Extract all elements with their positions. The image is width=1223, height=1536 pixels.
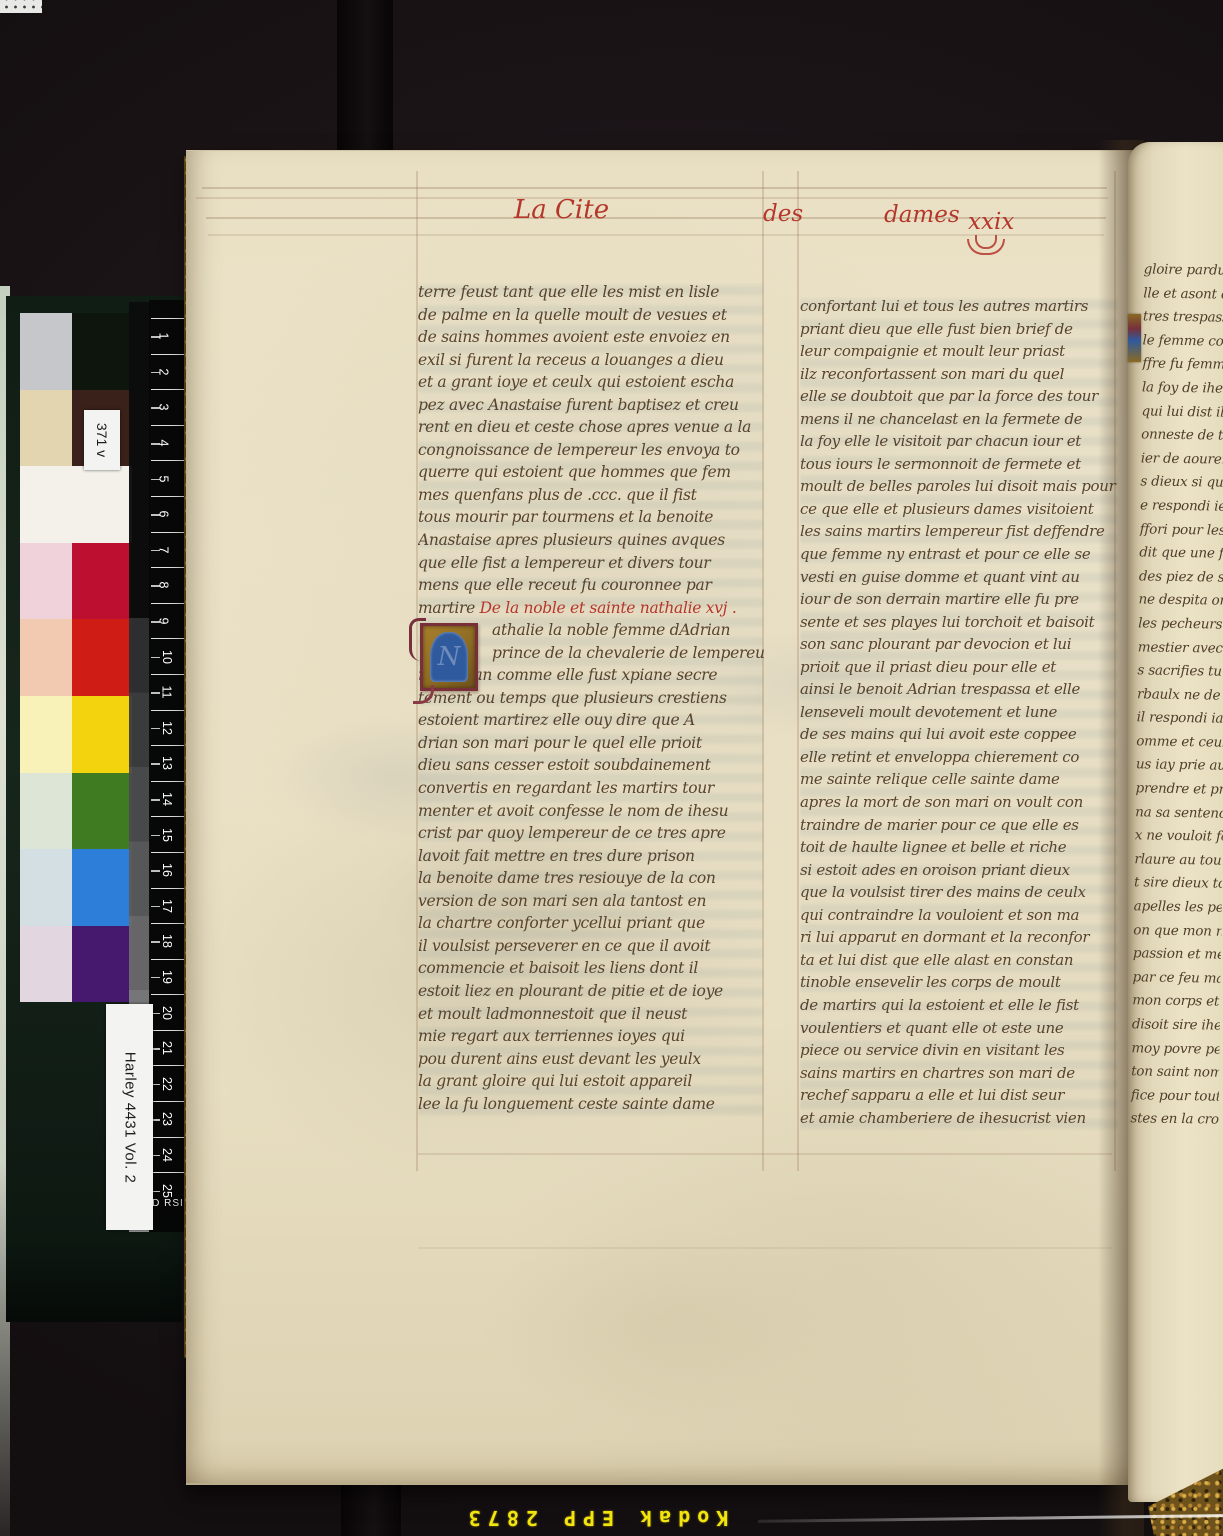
manuscript-line: la chartre conforter ycellui priant que xyxy=(418,914,764,937)
facing-page-line: s dieux si que t xyxy=(1140,474,1223,499)
manuscript-line: mens que elle receut fu couronnee par xyxy=(418,576,764,599)
swatch-tint xyxy=(20,696,72,773)
ruler-number: 4 xyxy=(156,440,170,447)
text-column-2: confortant lui et tous les autres martir… xyxy=(800,297,1118,1131)
facing-page-line: gloire pardura xyxy=(1143,261,1223,286)
illuminated-initial-letter: N xyxy=(430,632,468,682)
manuscript-line: Anastaise apres plusieurs quines avques xyxy=(418,531,764,554)
ruling-line xyxy=(202,187,1107,189)
folio-label: 371 v xyxy=(84,410,120,470)
ruler-number: 9 xyxy=(156,618,170,625)
swatch-solid xyxy=(72,696,132,773)
manuscript-line: son sanc plourant par devocion et lui xyxy=(800,635,1118,658)
swatch-tint xyxy=(20,466,72,543)
manuscript-line: lavoit fait mettre en tres dure prison xyxy=(418,847,764,870)
manuscript-line: que femme ny entrast et pour ce elle se xyxy=(800,545,1118,568)
manuscript-line: voulentiers et quant elle ot este une xyxy=(800,1019,1118,1042)
ruler-cm-mark: 22 xyxy=(151,1065,185,1101)
manuscript-line: estoient martirez elle ouy dire que A xyxy=(418,711,764,734)
manuscript-line: sente et ses playes lui torchoit et bais… xyxy=(800,613,1118,636)
facing-page-line: passion et me del xyxy=(1133,945,1221,970)
film-corner-mark xyxy=(0,0,42,13)
swatch-row-paleblue-blue xyxy=(20,849,132,926)
ruler-number: 14 xyxy=(160,792,174,806)
manuscript-line: iour de son derrain martire elle fu pre xyxy=(800,590,1118,613)
facing-page-line: rbaulx ne de eulx xyxy=(1137,686,1223,711)
manuscript-line: piece ou service divin en visitant les xyxy=(800,1041,1118,1064)
ruler-number: 24 xyxy=(160,1148,174,1162)
manuscript-line: terre feust tant que elle les mist en li… xyxy=(418,283,764,306)
manuscript-line: les sains martirs lempereur fist deffend… xyxy=(800,522,1118,545)
ruler-cm-mark: 15 xyxy=(151,816,185,852)
manuscript-line: elle retint et enveloppa chierement co xyxy=(800,748,1118,771)
swatch-row-paleyellow-yellow xyxy=(20,696,132,773)
ruler-scale: 1234567891011121314151617181920212223242… xyxy=(151,318,185,1208)
facing-page-line: le femme conve xyxy=(1142,332,1223,357)
facing-page-line: les pecheurs pub xyxy=(1138,615,1223,640)
manuscript-line: version de son mari sen ala tantost en xyxy=(418,892,764,915)
facing-page-line: mon corps et cell xyxy=(1132,993,1220,1018)
facing-page-line: ier de aourer die xyxy=(1141,450,1223,475)
manuscript-line: leur compaignie et moult leur priast xyxy=(800,342,1118,365)
ruler-cm-mark: 9 xyxy=(151,603,185,639)
manuscript-line: pez avec Anastaise furent baptisez et cr… xyxy=(418,396,764,419)
ruler-number: 5 xyxy=(156,475,170,482)
film-stock-label: Kodak EPP 2873 xyxy=(388,1501,802,1535)
ruler-number: 21 xyxy=(160,1041,174,1055)
manuscript-line: la foy elle le visitoit par chacun iour … xyxy=(800,432,1118,455)
manuscript-page: La Cite des dames xxix terre feust tant … xyxy=(186,150,1134,1485)
manuscript-line: estoit liez en plourant de pitie et de i… xyxy=(418,982,764,1005)
ruler-number: 15 xyxy=(160,828,174,842)
manuscript-line: congnoissance de lempereur les envoya to xyxy=(418,441,764,464)
ruler-cm-mark: 10 xyxy=(151,638,185,674)
manuscript-line: de martirs qui la estoient et elle le fi… xyxy=(800,996,1118,1019)
manuscript-line: rent en dieu et ceste chose apres venue … xyxy=(418,418,764,441)
manuscript-line: crist par quoy lempereur de ce tres apre xyxy=(418,824,764,847)
manuscript-line: exil si furent la receus a louanges a di… xyxy=(418,351,764,374)
facing-page-line: lle et asont cel xyxy=(1143,285,1223,310)
manuscript-line: que elle fist a lempereur et divers tour xyxy=(418,554,764,577)
manuscript-line: tous iours le sermonnoit de fermete et xyxy=(800,455,1118,478)
ruler-number: 10 xyxy=(160,650,174,664)
ruler-number: 20 xyxy=(160,1006,174,1020)
manuscript-line: mie regart aux terriennes ioyes qui xyxy=(418,1027,764,1050)
ruler-cm-mark: 19 xyxy=(151,959,185,995)
ruler-number: 25 xyxy=(160,1184,174,1198)
ruler-cm-mark: 12 xyxy=(151,710,185,746)
ruler-cm-mark: 8 xyxy=(151,567,185,603)
facing-page-line: tres trespassa de xyxy=(1143,309,1223,334)
ruling-line xyxy=(418,1247,1112,1249)
swatch-tint xyxy=(20,773,72,850)
swatch-tint xyxy=(20,313,72,390)
manuscript-line: sains martirs en chartres son mari de xyxy=(800,1064,1118,1087)
facing-page-line: ne despita oncq xyxy=(1138,592,1223,617)
facing-page-line: s sacrifies tu a d xyxy=(1137,662,1223,687)
manuscript-line: la benoite dame tres resiouye de la con xyxy=(418,869,764,892)
manuscript-line: ainsi le benoit Adrian trespassa et elle xyxy=(800,680,1118,703)
manuscript-line: il voulsist perseverer en ce que il avoi… xyxy=(418,937,764,960)
manuscript-line: pou durent ains eust devant les yeulx xyxy=(418,1050,764,1073)
ruler-number: 13 xyxy=(160,756,174,770)
swatch-solid xyxy=(72,619,132,696)
swatch-solid xyxy=(72,849,132,926)
swatch-solid xyxy=(72,926,132,1003)
swatch-row-gray-black xyxy=(20,313,132,390)
facing-page-line: la foy de ihes xyxy=(1142,379,1223,404)
rubric-prefix: martire xyxy=(418,599,480,617)
ruler-cm-mark: 5 xyxy=(151,460,185,496)
swatch-solid xyxy=(72,313,132,390)
manuscript-line: vesti en guise domme et quant vint au xyxy=(800,568,1118,591)
manuscript-line: commencie et baisoit les liens dont il xyxy=(418,959,764,982)
swatch-row-pink-crimson xyxy=(20,543,132,620)
facing-page-line: ffori pour les pe xyxy=(1139,521,1223,546)
facing-page-line: stes en la croix xyxy=(1130,1111,1218,1136)
manuscript-line: toit de haulte lignee et belle et riche xyxy=(800,838,1118,861)
swatch-row-white-white xyxy=(20,466,132,543)
facing-page-line: ton saint nom xyxy=(1131,1063,1219,1088)
shelfmark-label-text: Harley 4431 Vol. 2 xyxy=(121,1051,138,1183)
manuscript-line: priant dieu que elle fust bien brief de xyxy=(800,320,1118,343)
ruler-cm-mark: 24 xyxy=(151,1137,185,1173)
swatch-solid xyxy=(72,773,132,850)
facing-page-initial xyxy=(1128,314,1141,362)
ruler-cm-mark: 17 xyxy=(151,888,185,924)
manuscript-line: ta et lui dist que elle alast en constan xyxy=(800,951,1118,974)
swatch-tint xyxy=(20,619,72,696)
manuscript-line: mens il ne chancelast en la fermete de xyxy=(800,410,1118,433)
manuscript-line: et moult ladmonnestoit que il neust xyxy=(418,1005,764,1028)
facing-page-line: na sa sentence qu xyxy=(1135,804,1223,829)
ruler-number: 8 xyxy=(156,582,170,589)
column-guide xyxy=(797,171,799,1171)
ruler-number: 17 xyxy=(160,899,174,913)
ruler-number: 6 xyxy=(156,511,170,518)
ruler-cm-mark: 20 xyxy=(151,994,185,1030)
manuscript-line: la grant gloire qui lui estoit appareil xyxy=(418,1072,764,1095)
swatch-row-palegreen-green xyxy=(20,773,132,850)
swatch-row-peach-red xyxy=(20,619,132,696)
manuscript-line: tous mourir par tourmens et la benoite xyxy=(418,508,764,531)
manuscript-line: rechef sapparu a elle et lui dist seur xyxy=(800,1086,1118,1109)
ruler-number: 2 xyxy=(156,368,170,375)
swatch-tint xyxy=(20,543,72,620)
rubric-flourish xyxy=(967,239,1005,255)
ruler-cm-mark: 4 xyxy=(151,425,185,461)
ruler-number: 23 xyxy=(160,1112,174,1126)
facing-page-line: des piez de ses lar xyxy=(1139,568,1223,593)
ruler-cm-mark: 2 xyxy=(151,354,185,390)
facing-page-text: gloire parduralle et asont celtres tresp… xyxy=(1130,261,1223,1135)
ruler-number: 11 xyxy=(159,686,173,699)
ruler-number: 3 xyxy=(156,404,170,411)
facing-page-line: t sire dieux to xyxy=(1134,875,1222,900)
manuscript-line: moult de belles paroles lui disoit mais … xyxy=(800,477,1118,500)
manuscript-line: menter et avoit confesse le nom de ihesu xyxy=(418,802,764,825)
manuscript-line: querre qui estoient que hommes que fem xyxy=(418,463,764,486)
facing-page-edge: gloire parduralle et asont celtres tresp… xyxy=(1128,142,1223,1502)
manuscript-line: ri lui apparut en dormant et la reconfor xyxy=(800,928,1118,951)
ruler-cm-mark: 1 xyxy=(151,318,185,354)
manuscript-line: si estoit ades en oroison priant dieux xyxy=(800,861,1118,884)
rubric-line: martire De la noble et sainte nathalie x… xyxy=(418,599,764,622)
facing-page-line: us iay prie aux p xyxy=(1136,757,1223,782)
book-strap-top xyxy=(337,0,393,160)
manuscript-line: ilz reconfortassent son mari du quel xyxy=(800,365,1118,388)
manuscript-line: drian son mari pour le quel elle prioit xyxy=(418,734,764,757)
ruler-cm-mark: 11 xyxy=(151,674,185,710)
running-title-part3: dames xyxy=(884,202,960,228)
manuscript-line: traindre de marier pour ce que elle es xyxy=(800,816,1118,839)
swatch-tint xyxy=(20,390,72,467)
ruler-number: 22 xyxy=(160,1077,174,1091)
manuscript-line: tinoble ensevelir les corps de moult xyxy=(800,973,1118,996)
facing-page-line: apelles les pecheu xyxy=(1133,898,1221,923)
swatch-solid xyxy=(72,543,132,620)
ruler-cm-mark: 16 xyxy=(151,852,185,888)
facing-page-line: ffre fu femm xyxy=(1142,356,1223,381)
manuscript-line: et amie chamberiere de ihesucrist vien xyxy=(800,1109,1118,1132)
facing-page-line: dit que une fem xyxy=(1139,544,1223,569)
running-title-part1: La Cite xyxy=(514,195,609,225)
facing-page-line: prendre et prier xyxy=(1135,780,1223,805)
ruler-cm-mark: 18 xyxy=(151,923,185,959)
swatch-solid xyxy=(72,466,132,543)
manuscript-line: lee la fu longuement ceste sainte dame xyxy=(418,1095,764,1118)
facing-page-line: e respondi ie sacri xyxy=(1140,497,1223,522)
ruling-line xyxy=(418,1153,1112,1155)
facing-page-line: on que mon marti xyxy=(1133,922,1221,947)
facing-page-line: disoit sire ihesu xyxy=(1132,1016,1220,1041)
manuscript-line: me sainte relique celle sainte dame xyxy=(800,770,1118,793)
ruler-footer-label: D RSI xyxy=(148,1198,188,1209)
manuscript-line: de ses mains qui lui avoit este coppee xyxy=(800,725,1118,748)
ruler-cm-mark: 23 xyxy=(151,1101,185,1137)
swatch-tint xyxy=(20,926,72,1003)
running-title-part2: des xyxy=(763,201,803,227)
text-column-1: terre feust tant que elle les mist en li… xyxy=(418,283,764,1117)
shelfmark-label: Harley 4431 Vol. 2 xyxy=(106,1004,153,1230)
manuscript-line: confortant lui et tous les autres martir… xyxy=(800,297,1118,320)
manuscript-line: prioit que il priast dieu pour elle et xyxy=(800,658,1118,681)
photograph-stage: 1234567891011121314151617181920212223242… xyxy=(0,0,1223,1536)
manuscript-line: ce que elle et plusieurs dames visitoien… xyxy=(800,500,1118,523)
ruler-number: 18 xyxy=(160,934,174,948)
manuscript-line: de palme en la quelle moult de vesues et xyxy=(418,306,764,329)
ruler-number: 16 xyxy=(160,863,174,877)
folio-label-text: 371 v xyxy=(94,423,110,457)
manuscript-line: dieu sans cesser estoit soubdainement xyxy=(418,756,764,779)
illuminated-initial: N xyxy=(420,623,478,691)
ruler-cm-mark: 7 xyxy=(151,532,185,568)
facing-page-line: qui lui dist il n xyxy=(1141,403,1223,428)
ruler-cm-mark: 6 xyxy=(151,496,185,532)
ruler-number: 7 xyxy=(156,546,170,553)
facing-page-line: il respondi iamai xyxy=(1136,710,1223,735)
facing-page-line: mestier avec q xyxy=(1138,639,1223,664)
facing-page-line: omme et ceulx q xyxy=(1136,733,1223,758)
manuscript-line: de sains hommes avoient este envoiez en xyxy=(418,328,764,351)
facing-page-line: onneste de ton c xyxy=(1141,426,1223,451)
swatch-row-lavender-purple xyxy=(20,926,132,1003)
chapter-rubric: De la noble et sainte nathalie xvj . xyxy=(480,599,737,617)
manuscript-line: apres la mort de son mari on voult con xyxy=(800,793,1118,816)
swatch-tint xyxy=(20,849,72,926)
facing-page-line: x ne vouloit feu xyxy=(1135,828,1223,853)
facing-page-line: rlaure au tourn xyxy=(1134,851,1222,876)
facing-page-line: fice pour tout l xyxy=(1131,1087,1219,1112)
facing-page-line: moy povre pech xyxy=(1131,1040,1219,1065)
manuscript-line: et a grant ioye et ceulx qui estoient es… xyxy=(418,373,764,396)
manuscript-line: mes quenfans plus de .ccc. que il fist xyxy=(418,486,764,509)
manuscript-line: qui contraindre la vouloient et son ma xyxy=(800,906,1118,929)
ruler-cm-mark: 13 xyxy=(151,745,185,781)
manuscript-line: convertis en regardant les martirs tour xyxy=(418,779,764,802)
manuscript-line: lenseveli moult devotement et lune xyxy=(800,703,1118,726)
ruler-number: 12 xyxy=(160,721,174,735)
ruling-line xyxy=(196,197,1108,199)
manuscript-line: tement ou temps que plusieurs crestiens xyxy=(418,689,764,712)
ruler-number: 19 xyxy=(160,970,174,984)
ruler-cm-mark: 14 xyxy=(151,781,185,817)
ruler-cm-mark: 21 xyxy=(151,1030,185,1066)
manuscript-line: que la voulsist tirer des mains de ceulx xyxy=(800,883,1118,906)
manuscript-line: elle se doubtoit que par la force des to… xyxy=(800,387,1118,410)
ruler-cm-mark: 3 xyxy=(151,389,185,425)
folio-number-roman: xxix xyxy=(968,209,1014,235)
facing-page-line: par ce feu mater xyxy=(1132,969,1220,994)
ruler-number: 1 xyxy=(156,333,170,340)
